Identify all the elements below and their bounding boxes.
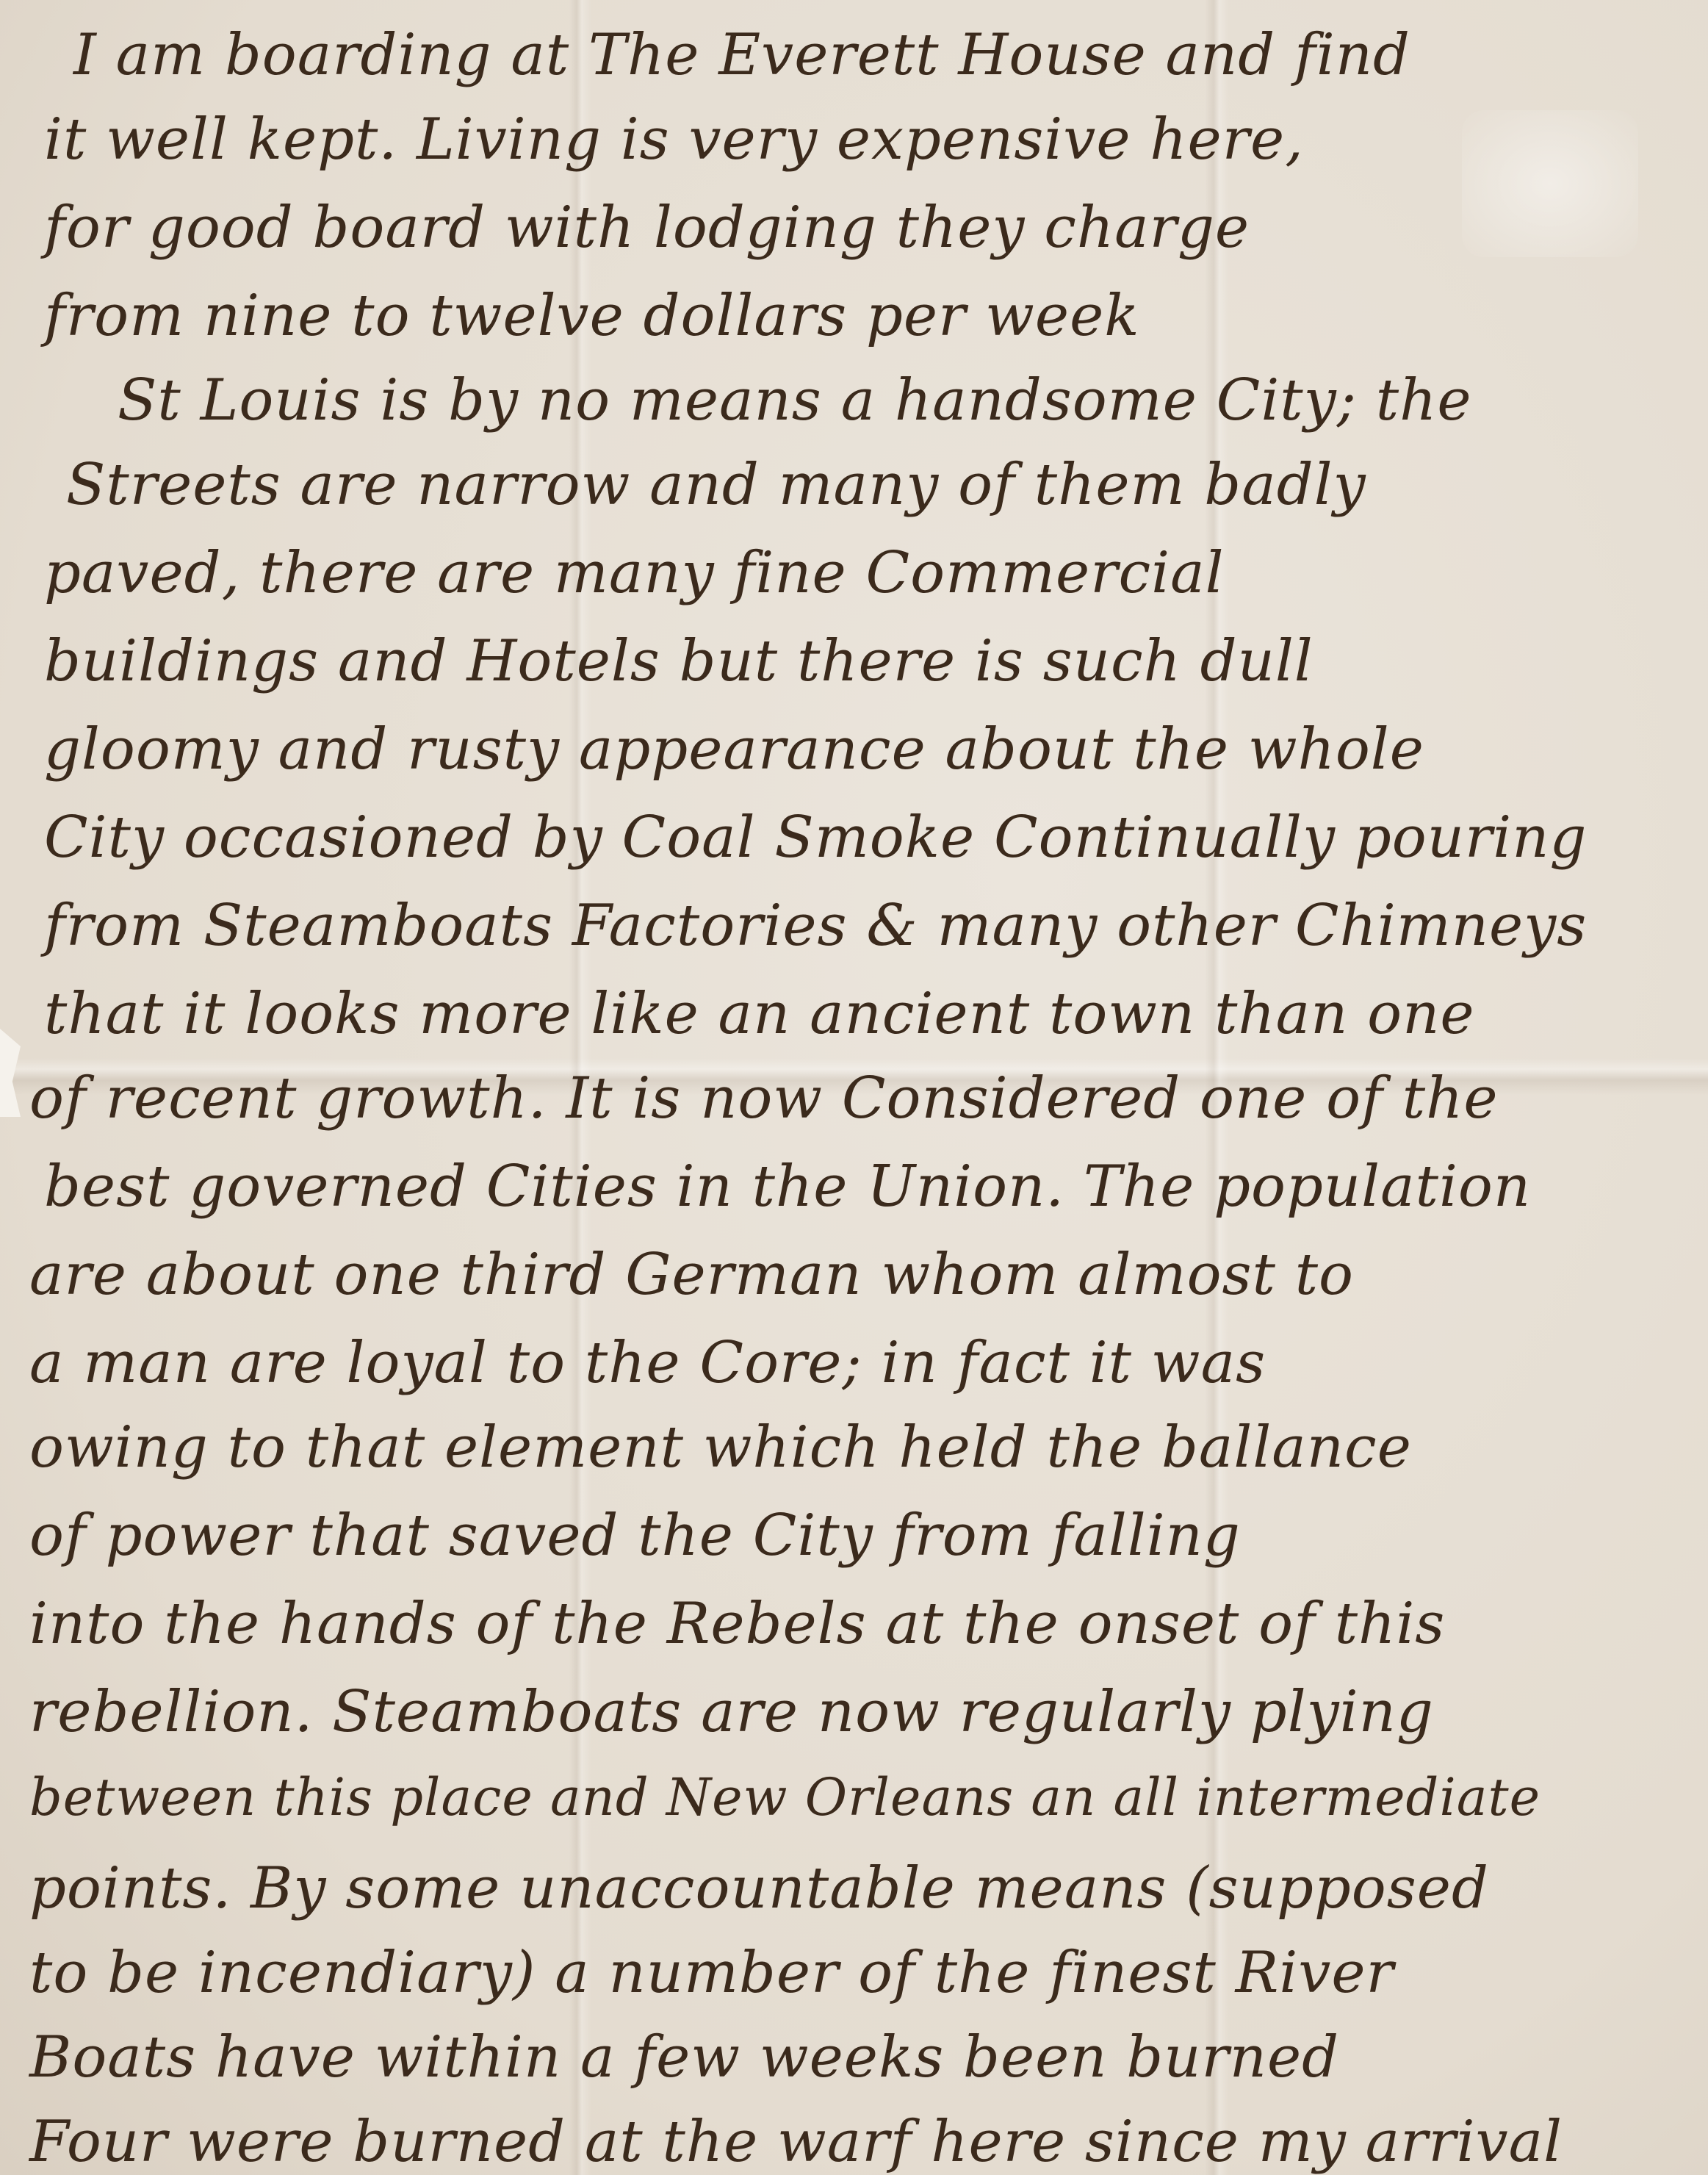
letter-line: between this place and New Orleans an al…: [29, 1767, 1541, 1827]
letter-line: a man are loyal to the Core; in fact it …: [29, 1330, 1266, 1396]
letter-line: St Louis is by no means a handsome City;…: [118, 367, 1472, 434]
letter-line: for good board with lodging they charge: [44, 195, 1250, 261]
letter-line: of recent growth. It is now Considered o…: [29, 1065, 1499, 1132]
letter-line: best governed Cities in the Union. The p…: [44, 1154, 1531, 1220]
letter-line: to be incendiary) a number of the finest…: [29, 1940, 1394, 2006]
letter-line: Streets are narrow and many of them badl…: [66, 452, 1366, 518]
letter-line: from Steamboats Factories & many other C…: [44, 893, 1587, 959]
torn-edge: [0, 1029, 21, 1117]
letter-line: buildings and Hotels but there is such d…: [44, 628, 1314, 694]
letter-line: that it looks more like an ancient town …: [44, 981, 1475, 1047]
letter-line: into the hands of the Rebels at the onse…: [29, 1591, 1445, 1657]
letter-line: are about one third German whom almost t…: [29, 1242, 1354, 1308]
letter-line: paved, there are many fine Commercial: [44, 540, 1225, 606]
letter-line: Four were burned at the warf here since …: [29, 2109, 1563, 2175]
letter-line: rebellion. Steamboats are now regularly …: [29, 1679, 1434, 1745]
letter-line: owing to that element which held the bal…: [29, 1414, 1412, 1481]
letter-line: points. By some unaccountable means (sup…: [29, 1855, 1489, 1921]
letter-line: City occasioned by Coal Smoke Continuall…: [44, 805, 1587, 871]
letter-line: gloomy and rusty appearance about the wh…: [44, 716, 1424, 783]
letter-line: of power that saved the City from fallin…: [29, 1503, 1241, 1569]
letter-line: from nine to twelve dollars per week: [44, 283, 1140, 349]
letter-line: Boats have within a few weeks been burne…: [29, 2024, 1339, 2090]
letter-page: I am boarding at The Everett House and f…: [0, 0, 1708, 2175]
letter-line: it well kept. Living is very expensive h…: [44, 107, 1304, 173]
embossed-stamp: [1462, 110, 1638, 257]
letter-line: I am boarding at The Everett House and f…: [73, 22, 1410, 88]
